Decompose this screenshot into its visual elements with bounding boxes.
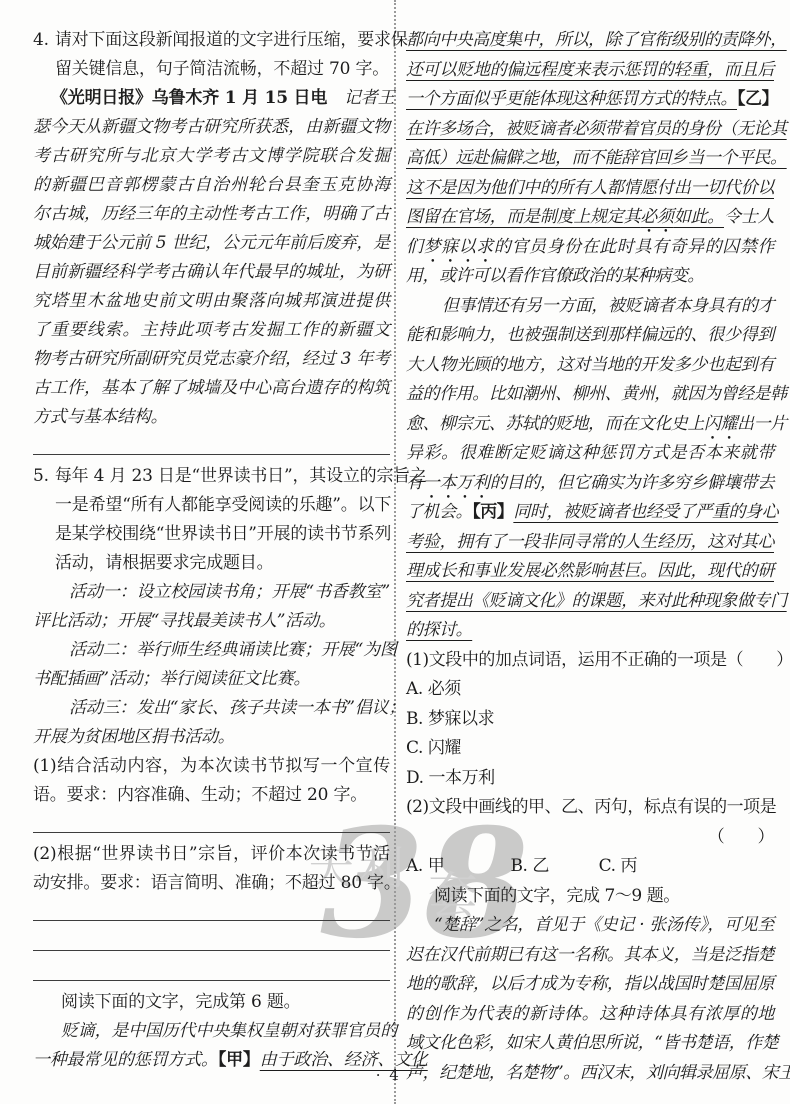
text-segment: 活动三：发出“家长、孩子共读一本书”倡议； xyxy=(69,698,405,718)
text-line: 但事情还有另一方面，被贬谪者本身具有的才 xyxy=(406,292,774,322)
text-segment: 声，纪楚地，名楚物”。西汉末，刘向辑录屈原、宋玉 xyxy=(406,1063,790,1083)
column-divider xyxy=(394,0,396,1104)
text-segment: 的官员身份在此时具有奇异的囚禁作 xyxy=(494,237,774,257)
text-segment: 域文化色彩，如宋人黄伯思所说，“皆书楚语，作楚 xyxy=(406,1033,778,1053)
text-line: 的探讨。 xyxy=(406,616,774,646)
text-segment: (2)文段中画线的甲、乙、丙句，标点有误的一项是 xyxy=(406,797,776,817)
text-line: (2)文段中画线的甲、乙、丙句，标点有误的一项是 xyxy=(406,793,774,823)
text-line: 了机会。【丙】同时，被贬谪者也经受了严重的身心 xyxy=(406,498,774,528)
text-segment: 还可以贬地的偏远程度来表示惩罚的轻重，而且后 xyxy=(406,60,774,80)
text-line: 了重要线索。主持此项考古发掘工作的新疆文 xyxy=(33,316,390,345)
text-segment: 一是希望“所有人都能享受阅读的乐趣”。以下 xyxy=(55,495,391,515)
text-segment: 活动，请根据要求完成题目。 xyxy=(55,553,273,573)
text-segment: (1)结合活动内容，为本次读书节拟写一个宣传 xyxy=(33,756,390,776)
text-segment: 的创作为代表的新诗体。这种诗体具有浓厚的地 xyxy=(406,1004,774,1024)
text-segment: 考古研究所与北京大学考古文博学院联合发掘 xyxy=(33,146,390,166)
text-line: 方式与基本结构。 xyxy=(33,403,390,432)
text-segment: 目前新疆经科学考古确认年代最早的城址，为研 xyxy=(33,262,390,282)
text-segment: 请对下面这段新闻报道的文字进行压缩，要求保 xyxy=(55,30,408,50)
text-line: 留关键信息，句子简洁流畅，不超过 70 字。 xyxy=(33,55,390,84)
text-line: 尔古城，历经三年的主动性考古工作，明确了古 xyxy=(33,200,390,229)
text-segment: 阅读下面的文字，完成第 6 题。 xyxy=(61,992,300,1012)
text-line: A. 必须 xyxy=(406,675,774,705)
text-segment: 考验，拥有了一段非同寻常的人生经历，这对其心 xyxy=(406,532,774,552)
text-segment: 究者提出《贬谪文化》的课题，来对此种现象做专门 xyxy=(406,591,787,611)
text-line: 活动一：设立校园读书角；开展“书香教室” xyxy=(33,578,390,607)
answer-brackets: （ ） xyxy=(727,646,790,676)
text-line: D. 一本万利 xyxy=(406,764,774,794)
text-segment: 的目的，但它确实为许多穷乡僻壤带去 xyxy=(490,473,774,493)
text-segment: 活动一：设立校园读书角；开展“书香教室” xyxy=(69,582,390,602)
left-column: 4.请对下面这段新闻报道的文字进行压缩，要求保留关键信息，句子简洁流畅，不超过 … xyxy=(33,26,390,1075)
text-line: 动安排。要求：语言简明、准确；不超过 80 字。 xyxy=(33,869,390,898)
text-segment: 阅读下面的文字，完成 7～9 题。 xyxy=(434,886,680,906)
text-segment: 物考古研究所副研究员党志豪介绍，经过 3 年考 xyxy=(33,349,390,369)
text-line: 语。要求：内容准确、生动；不超过 20 字。 xyxy=(33,781,390,810)
text-line: 阅读下面的文字，完成第 6 题。 xyxy=(33,988,390,1017)
text-segment: 异彩。很难断定贬谪这种惩罚方式是否本来就带 xyxy=(406,443,774,463)
text-line: 目前新疆经科学考古确认年代最早的城址，为研 xyxy=(33,258,390,287)
text-line: 究者提出《贬谪文化》的课题，来对此种现象做专门 xyxy=(406,587,774,617)
text-segment: A. 必须 xyxy=(406,679,461,699)
text-segment: 开展为贫困地区捐书活动。 xyxy=(33,727,235,747)
text-segment: 4. xyxy=(33,30,49,50)
workbook-page: 38 天利 套 4.请对下面这段新闻报道的文字进行压缩，要求保留关键信息，句子简… xyxy=(0,0,790,1104)
text-line: 一个方面似乎更能体现这种惩罚方式的特点。【乙】 xyxy=(406,85,774,115)
text-segment: C. 闪耀 xyxy=(406,738,461,758)
text-segment: 愈、柳宗元、苏轼的贬地，而在文化史上 xyxy=(406,414,704,434)
text-line: 大人物光顾的地方，这对当地的开发多少也起到有 xyxy=(406,351,774,381)
text-segment: 【甲】 xyxy=(218,1050,260,1070)
text-segment: 在许多场合，被贬谪者必须带着官员的身份（无论其 xyxy=(406,119,787,139)
text-line: 的新疆巴音郭楞蒙古自治州轮台县奎玉克协海 xyxy=(33,171,390,200)
text-line: 还可以贬地的偏远程度来表示惩罚的轻重，而且后 xyxy=(406,56,774,86)
text-segment: 贬谪，是中国历代中央集权皇朝对获罪官员的 xyxy=(61,1021,397,1041)
answer-line xyxy=(33,898,390,928)
text-line: 古工作，基本了解了城墙及中心高台遗存的构筑 xyxy=(33,374,390,403)
text-segment: 迟在汉代前期已有这一名称。其本义，当是泛指楚 xyxy=(406,945,774,965)
text-segment: 一个方面似乎更能体现这种惩罚方式的特点。 xyxy=(406,89,737,109)
text-segment: 每年 4 月 23 日是“世界读书日”，其设立的宗旨之 xyxy=(55,466,427,486)
text-segment: 记者王 xyxy=(327,88,394,108)
text-line: 声，纪楚地，名楚物”。西汉末，刘向辑录屈原、宋玉 xyxy=(406,1059,774,1089)
text-line: (1)结合活动内容，为本次读书节拟写一个宣传 xyxy=(33,752,390,781)
text-line: 城始建于公元前 5 世纪，公元元年前后废弃，是 xyxy=(33,229,390,258)
text-segment: 城始建于公元前 5 世纪，公元元年前后废弃，是 xyxy=(33,233,390,253)
text-segment: 究塔里木盆地史前文明由聚落向城邦演进提供 xyxy=(33,291,390,311)
text-line: 有一本万利的目的，但它确实为许多穷乡僻壤带去 xyxy=(406,469,774,499)
text-segment: 用，或许可以看作官僚政治的某种病变。 xyxy=(406,266,704,286)
text-segment: 有 xyxy=(406,473,423,493)
text-line: 都向中央高度集中，所以，除了官衔级别的责降外， xyxy=(406,26,774,56)
text-segment: (1)文段中的加点词语，运用不正确的一项是 xyxy=(406,646,727,676)
text-line: 5.每年 4 月 23 日是“世界读书日”，其设立的宗旨之 xyxy=(33,462,390,491)
text-line: 在许多场合，被贬谪者必须带着官员的身份（无论其 xyxy=(406,115,774,145)
text-line: 迟在汉代前期已有这一名称。其本义，当是泛指楚 xyxy=(406,941,774,971)
text-line: 理成长和事业发展必然影响甚巨。因此，现代的研 xyxy=(406,557,774,587)
text-segment: D. 一本万利 xyxy=(406,768,495,788)
text-line: 们梦寐以求的官员身份在此时具有奇异的囚禁作 xyxy=(406,233,774,263)
text-line: 异彩。很难断定贬谪这种惩罚方式是否本来就带 xyxy=(406,439,774,469)
text-line: 4.请对下面这段新闻报道的文字进行压缩，要求保 xyxy=(33,26,390,55)
text-segment: 的新疆巴音郭楞蒙古自治州轮台县奎玉克协海 xyxy=(33,175,390,195)
text-segment: 的探讨。 xyxy=(406,620,472,640)
text-line: 评比活动；开展“寻找最美读书人”活动。 xyxy=(33,607,390,636)
right-column: 都向中央高度集中，所以，除了官衔级别的责降外，还可以贬地的偏远程度来表示惩罚的轻… xyxy=(406,26,774,1088)
text-segment: 方式与基本结构。 xyxy=(33,407,167,427)
page-number: · 4 · xyxy=(345,1066,445,1084)
text-segment: 书配插画”活动；举行阅读征文比赛。 xyxy=(33,669,310,689)
text-line: 瑟今天从新疆文物考古研究所获悉，由新疆文物 xyxy=(33,113,390,142)
text-line: 益的作用。比如潮州、柳州、黄州，就因为曾经是韩 xyxy=(406,380,774,410)
text-line: 考验，拥有了一段非同寻常的人生经历，这对其心 xyxy=(406,528,774,558)
answer-line xyxy=(33,432,390,462)
text-line: A. 甲 B. 乙 C. 丙 xyxy=(406,852,774,882)
text-segment: B. 梦寐以求 xyxy=(406,709,494,729)
text-segment: 瑟今天从新疆文物考古研究所获悉，由新疆文物 xyxy=(33,117,390,137)
text-segment: 闪耀 xyxy=(704,414,737,434)
text-segment: 能和影响力，也被强制送到那样偏远的、很少得到 xyxy=(406,325,774,345)
text-line: 一种最常见的惩罚方式。【甲】由于政治、经济、文化 xyxy=(33,1046,390,1075)
text-segment: 梦寐以求 xyxy=(424,237,494,257)
text-segment: 5. xyxy=(33,466,49,486)
text-segment: “楚辞”之名，首见于《史记 · 张汤传》，可见至 xyxy=(434,915,774,935)
text-segment: 了机会。 xyxy=(406,502,472,522)
text-line: 域文化色彩，如宋人黄伯思所说，“皆书楚语，作楚 xyxy=(406,1029,774,1059)
text-line: 活动三：发出“家长、孩子共读一本书”倡议； xyxy=(33,694,390,723)
text-segment: 评比活动；开展“寻找最美读书人”活动。 xyxy=(33,611,336,631)
text-segment: 益的作用。比如潮州、柳州、黄州，就因为曾经是韩 xyxy=(406,384,787,404)
text-segment: (2)根据“世界读书日”宗旨，评价本次读书节活 xyxy=(33,844,390,864)
text-line: 一是希望“所有人都能享受阅读的乐趣”。以下 xyxy=(33,491,390,520)
text-line: 地的歌辞，以后才成为专称，指以战国时楚国屈原 xyxy=(406,970,774,1000)
answer-line xyxy=(33,958,390,988)
text-segment: 动安排。要求：语言简明、准确；不超过 80 字。 xyxy=(33,873,401,893)
text-segment: 是某学校围绕“世界读书日”开展的读书节系列 xyxy=(55,524,391,544)
text-segment: 必须 xyxy=(640,207,673,227)
text-segment: 尔古城，历经三年的主动性考古工作，明确了古 xyxy=(33,204,390,224)
text-line: （ ） xyxy=(406,823,774,853)
text-segment: 《光明日报》乌鲁木齐 1 月 15 日电 xyxy=(51,88,327,108)
text-line: 物考古研究所副研究员党志豪介绍，经过 3 年考 xyxy=(33,345,390,374)
text-segment: 出一片 xyxy=(737,414,787,434)
text-line: 究塔里木盆地史前文明由聚落向城邦演进提供 xyxy=(33,287,390,316)
text-line: 书配插画”活动；举行阅读征文比赛。 xyxy=(33,665,390,694)
text-line: “楚辞”之名，首见于《史记 · 张汤传》，可见至 xyxy=(406,911,774,941)
text-line: 愈、柳宗元、苏轼的贬地，而在文化史上闪耀出一片 xyxy=(406,410,774,440)
text-line: (2)根据“世界读书日”宗旨，评价本次读书节活 xyxy=(33,840,390,869)
answer-line xyxy=(33,810,390,840)
text-segment: 图留在官场，而是制度上规定其 xyxy=(406,207,640,227)
text-line: 考古研究所与北京大学考古文博学院联合发掘 xyxy=(33,142,390,171)
text-segment: A. 甲 B. 乙 C. 丙 xyxy=(406,856,637,876)
text-segment: 地的歌辞，以后才成为专称，指以战国时楚国屈原 xyxy=(406,974,774,994)
text-segment: 都向中央高度集中，所以，除了官衔级别的责降外， xyxy=(406,30,787,50)
text-segment: 活动二：举行师生经典诵读比赛；开展“为图 xyxy=(69,640,397,660)
text-segment: 语。要求：内容准确、生动；不超过 20 字。 xyxy=(33,785,367,805)
text-segment: 了重要线索。主持此项考古发掘工作的新疆文 xyxy=(33,320,390,340)
text-line: 贬谪，是中国历代中央集权皇朝对获罪官员的 xyxy=(33,1017,390,1046)
answer-line xyxy=(33,928,390,958)
text-line: 能和影响力，也被强制送到那样偏远的、很少得到 xyxy=(406,321,774,351)
text-line: C. 闪耀 xyxy=(406,734,774,764)
text-line: 图留在官场，而是制度上规定其必须如此。令士人 xyxy=(406,203,774,233)
text-segment: 大人物光顾的地方，这对当地的开发多少也起到有 xyxy=(406,355,774,375)
text-segment: 【乙】 xyxy=(737,89,778,109)
text-segment: 【丙】 xyxy=(472,502,513,522)
text-segment: 令士人 xyxy=(724,207,774,227)
text-line: B. 梦寐以求 xyxy=(406,705,774,735)
text-segment: 们 xyxy=(406,237,424,257)
text-line: 阅读下面的文字，完成 7～9 题。 xyxy=(406,882,774,912)
text-line: 是某学校围绕“世界读书日”开展的读书节系列 xyxy=(33,520,390,549)
text-line: 这不是因为他们中的所有人都情愿付出一切代价以 xyxy=(406,174,774,204)
text-segment: 古工作，基本了解了城墙及中心高台遗存的构筑 xyxy=(33,378,390,398)
text-line: 活动，请根据要求完成题目。 xyxy=(33,549,390,578)
text-line: 的创作为代表的新诗体。这种诗体具有浓厚的地 xyxy=(406,1000,774,1030)
text-line: 活动二：举行师生经典诵读比赛；开展“为图 xyxy=(33,636,390,665)
text-segment: 留关键信息，句子简洁流畅，不超过 70 字。 xyxy=(55,59,389,79)
text-line: (1)文段中的加点词语，运用不正确的一项是（ ） xyxy=(406,646,774,676)
text-line: 高低）远赴偏僻之地，而不能辞官回乡当一个平民。 xyxy=(406,144,774,174)
text-line: 用，或许可以看作官僚政治的某种病变。 xyxy=(406,262,774,292)
text-segment: 高低）远赴偏僻之地，而不能辞官回乡当一个平民。 xyxy=(406,148,787,168)
text-segment: 但事情还有另一方面，被贬谪者本身具有的才 xyxy=(442,296,774,316)
text-segment: 如此。 xyxy=(674,207,724,227)
text-line: 《光明日报》乌鲁木齐 1 月 15 日电 记者王 xyxy=(33,84,390,113)
text-segment: 一本万利 xyxy=(423,473,490,493)
text-segment: 理成长和事业发展必然影响甚巨。因此，现代的研 xyxy=(406,561,774,581)
text-segment: 同时，被贬谪者也经受了严重的身心 xyxy=(513,502,778,522)
text-segment: 一种最常见的惩罚方式。 xyxy=(33,1050,218,1070)
text-segment: 这不是因为他们中的所有人都情愿付出一切代价以 xyxy=(406,178,774,198)
text-line: 开展为贫困地区捐书活动。 xyxy=(33,723,390,752)
answer-brackets: （ ） xyxy=(708,823,774,853)
